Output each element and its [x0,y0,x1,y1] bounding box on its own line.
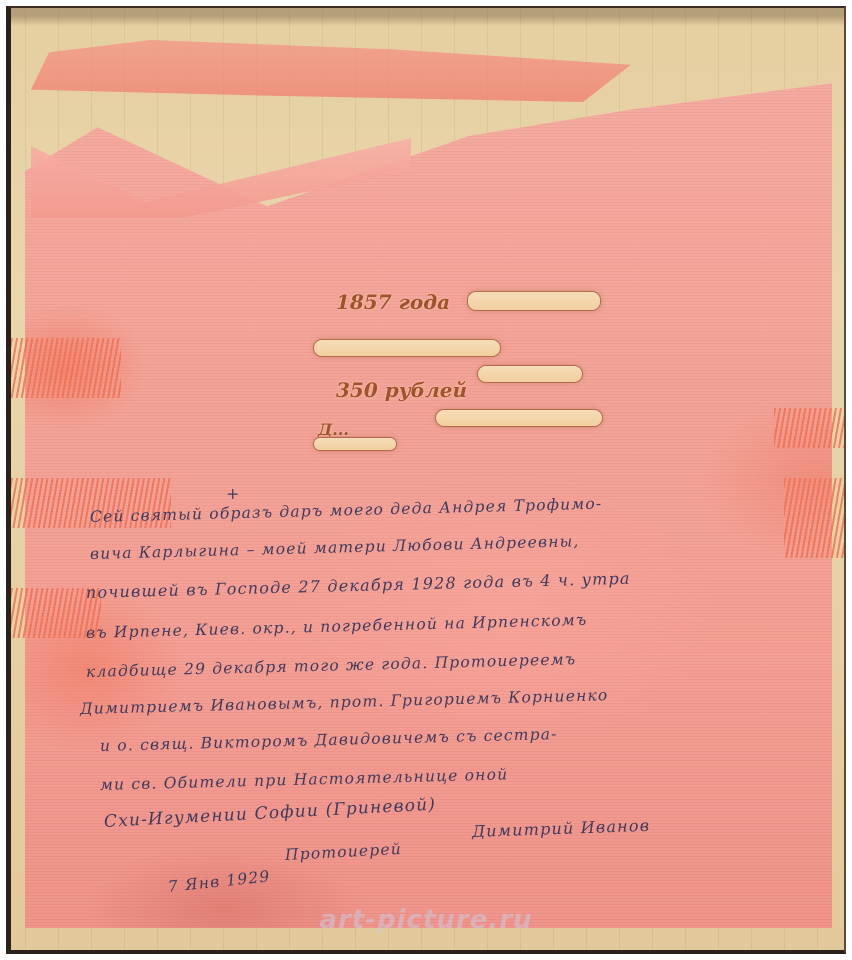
frayed-edge-left-1 [11,338,121,398]
scorch-mark [314,340,500,356]
frayed-edge-right-2 [784,478,844,558]
torn-silk-strip [31,40,631,102]
burned-inscription-line-4: Д... [318,420,349,439]
burned-inscription-line-3: 350 рублей [336,378,467,402]
scorch-mark [314,438,396,450]
watermark: art-picture.ru [0,905,852,935]
cross-mark: + [226,484,239,503]
scorch-mark [468,292,600,310]
burned-inscription-line-1: 1857 года [336,290,450,314]
scorch-mark [478,366,582,382]
frayed-edge-right-1 [774,408,844,448]
scorch-mark [436,410,602,426]
